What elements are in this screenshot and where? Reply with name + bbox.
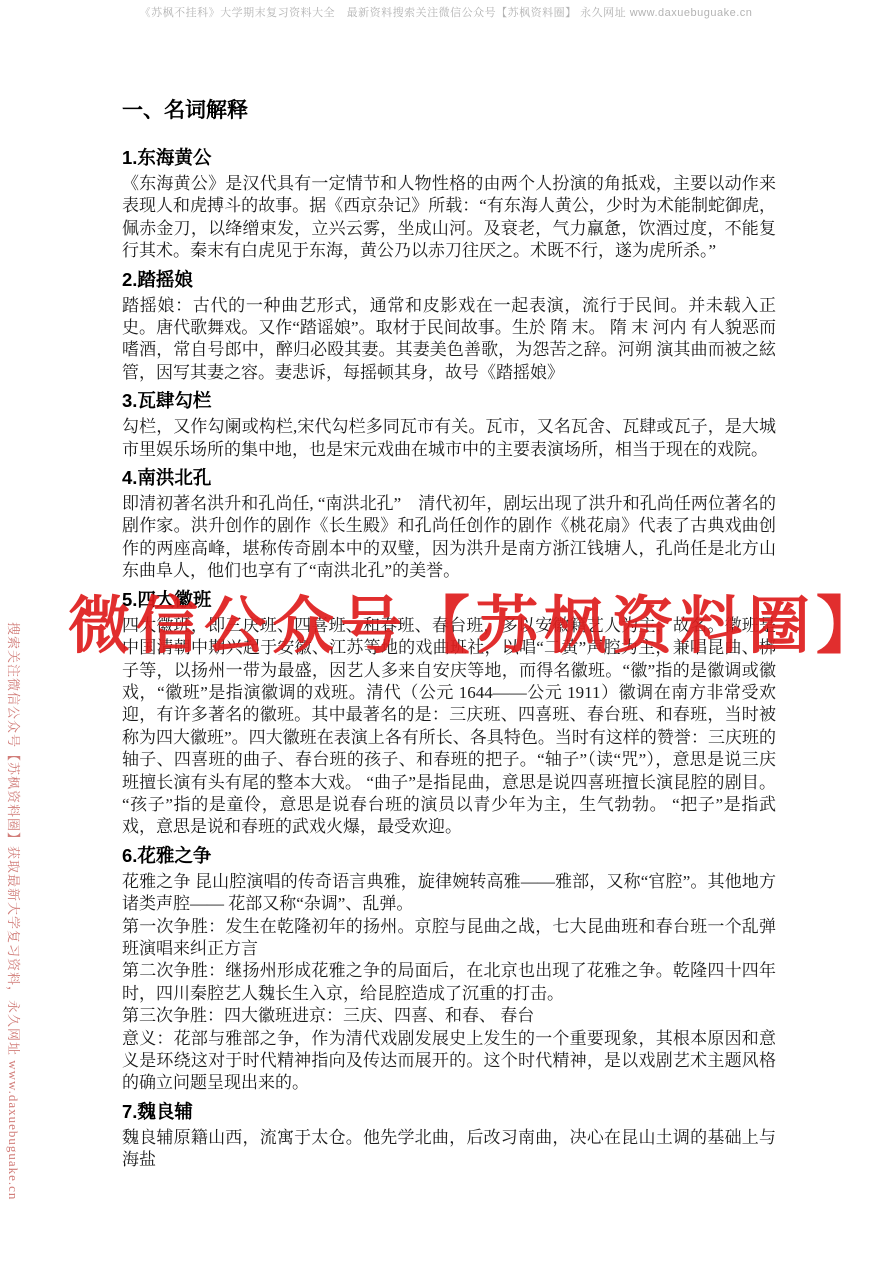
page-header-text: 《苏枫不挂科》大学期末复习资料大全 最新资料搜索关注微信公众号【苏枫资料圈】 永… (0, 4, 892, 20)
section-paragraph: 《东海黄公》是汉代具有一定情节和人物性格的由两个人扮演的角抵戏，主要以动作来表现… (122, 173, 776, 263)
section-heading: 2.踏摇娘 (122, 266, 776, 292)
section-heading: 6.花雅之争 (122, 842, 776, 868)
document-title: 一、名词解释 (122, 94, 776, 124)
section-paragraph: 勾栏，又作勾阑或构栏,宋代勾栏多同瓦市有关。瓦市，又名瓦舍、瓦肆或瓦子，是大城市… (122, 416, 776, 461)
section-heading: 5.四大徽班 (122, 586, 776, 612)
section-paragraph: 魏良辅原籍山西，流寓于太仓。他先学北曲，后改习南曲，决心在昆山土调的基础上与海盐 (122, 1127, 776, 1172)
section-paragraph: 四大徽班，即三庆班、四喜班、和春班、春台班，多以安徽籍艺人为主，故名。徽班是中国… (122, 615, 776, 839)
sections-container: 1.东海黄公《东海黄公》是汉代具有一定情节和人物性格的由两个人扮演的角抵戏，主要… (122, 144, 776, 1172)
section-heading: 3.瓦肆勾栏 (122, 387, 776, 413)
section-paragraph: 意义：花部与雅部之争，作为清代戏剧发展史上发生的一个重要现象，其根本原因和意义是… (122, 1028, 776, 1095)
section-heading: 1.东海黄公 (122, 144, 776, 170)
section-paragraph: 第三次争胜：四大徽班进京：三庆、四喜、和春、 春台 (122, 1005, 776, 1027)
section-heading: 4.南洪北孔 (122, 464, 776, 490)
section-paragraph: 即清初著名洪升和孔尚任, “南洪北孔” 清代初年，剧坛出现了洪升和孔尚任两位著名… (122, 493, 776, 583)
section-paragraph: 第二次争胜：继扬州形成花雅之争的局面后，在北京也出现了花雅之争。乾隆四十四年时，… (122, 960, 776, 1005)
document-content: 一、名词解释 1.东海黄公《东海黄公》是汉代具有一定情节和人物性格的由两个人扮演… (122, 94, 776, 1172)
section-paragraph: 第一次争胜：发生在乾隆初年的扬州。京腔与昆曲之战，七大昆曲班和春台班一个乱弹班演… (122, 916, 776, 961)
section-paragraph: 花雅之争 昆山腔演唱的传奇语言典雅，旋律婉转高雅——雅部，又称“官腔”。其他地方… (122, 871, 776, 916)
section-heading: 7.魏良辅 (122, 1098, 776, 1124)
section-paragraph: 踏摇娘：古代的一种曲艺形式，通常和皮影戏在一起表演，流行于民间。并未载入正史。唐… (122, 295, 776, 385)
left-side-watermark: 搜索关注微信公众号【苏枫资料圈】获取最新大学复习资料，永久网址 www.daxu… (5, 622, 24, 1200)
